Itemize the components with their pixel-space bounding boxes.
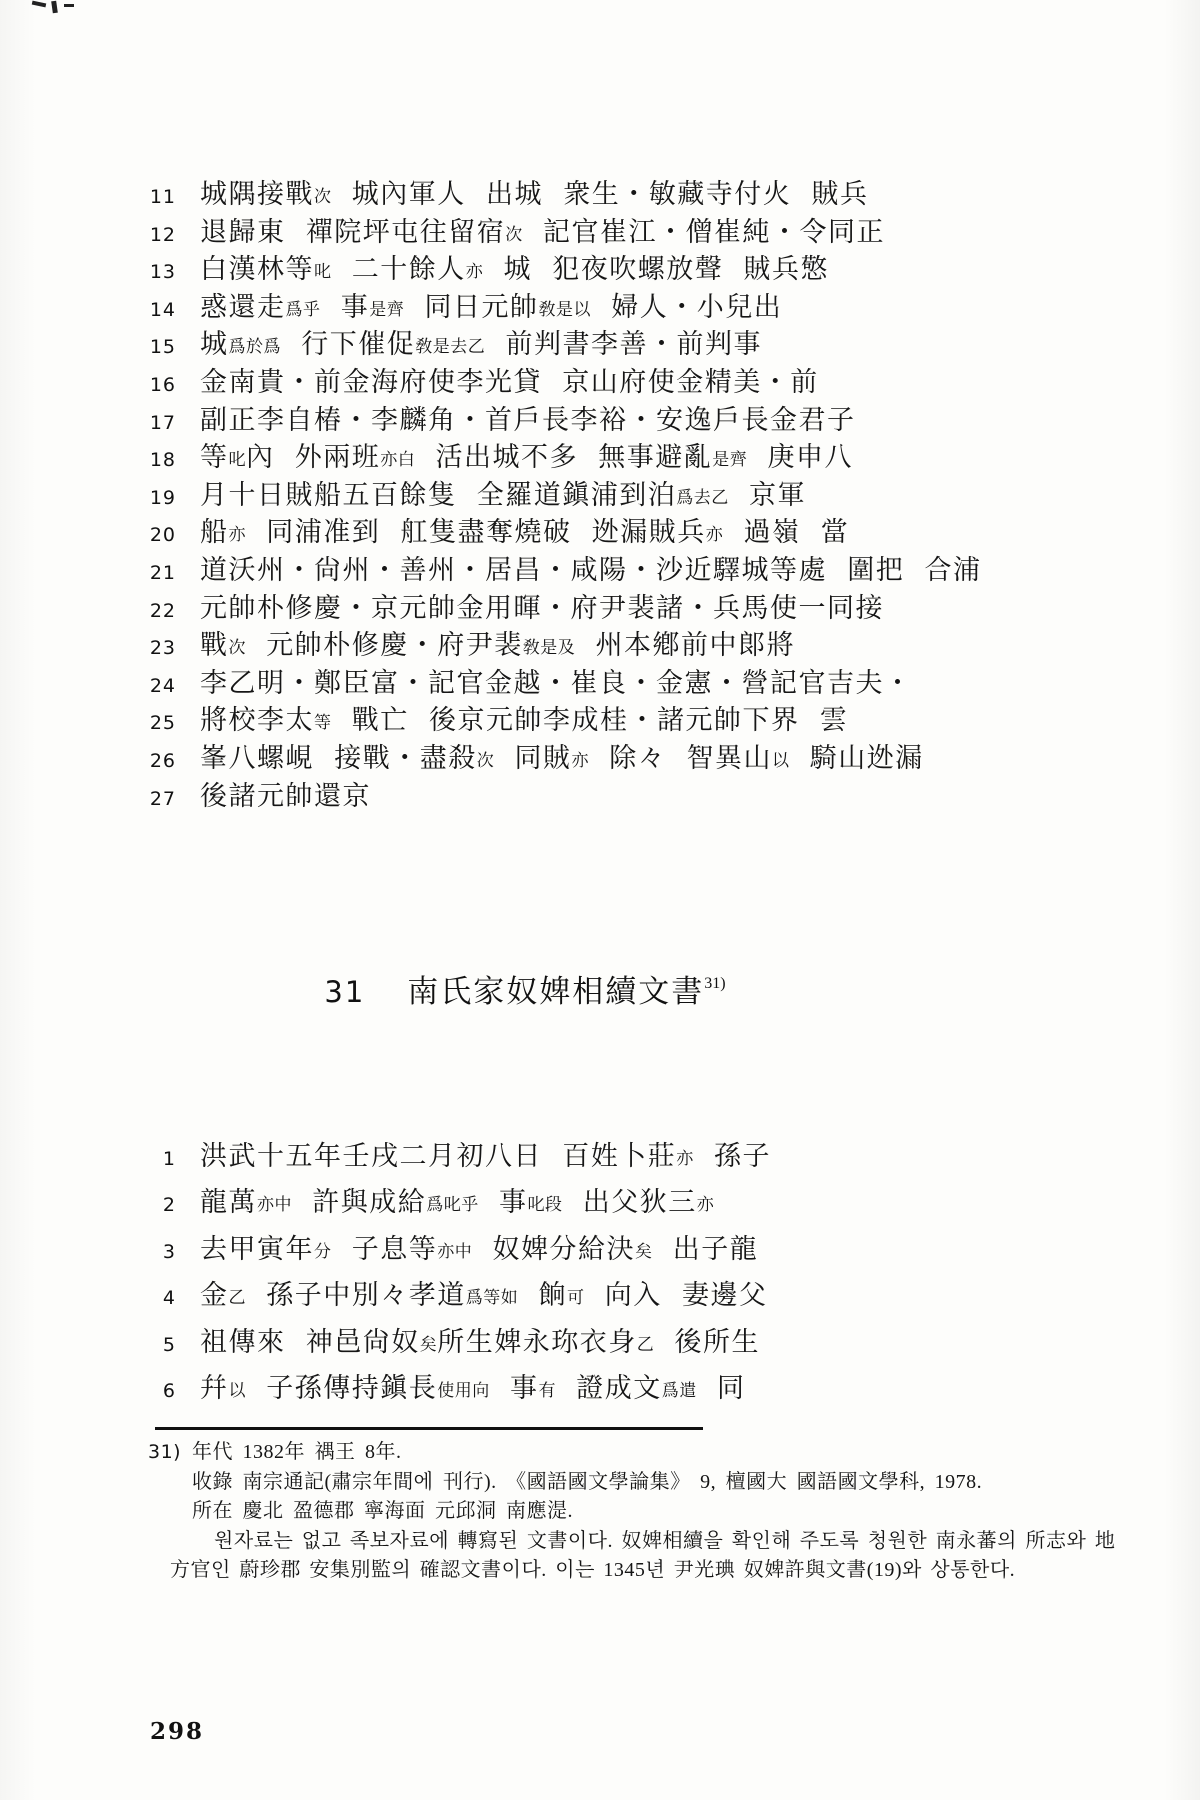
- line-text: 船亦 同浦准到 舡隻盡奪燒破 迯漏賊兵亦 過嶺 當: [200, 510, 849, 549]
- line-text: 峯八螺峴 接戰・盡殺次 同賊亦 除々 智異山以 騎山迯漏: [200, 736, 924, 775]
- footnote-line-source: 收錄 南宗通記(肅宗年間에 刊行). 《國語國文學論集》 9, 檀國大 國語國文…: [192, 1468, 1130, 1498]
- document-section-30-lines: 11城隅接戰次 城內軍人 出城 衆生・敏藏寺付火 賊兵12退歸東 禪院坪屯往留宿…: [140, 172, 1140, 811]
- line-number: 5: [140, 1334, 176, 1356]
- line-number: 25: [140, 712, 176, 734]
- line-number: 23: [140, 637, 176, 659]
- document-line: 16金南貴・前金海府使李光貸 京山府使金精美・前: [140, 360, 1140, 398]
- document-line: 25將校李太等 戰亡 後京元帥李成桂・諸元帥下界 雲: [140, 698, 1140, 736]
- document-line: 14惑還走爲乎 事是齊 同日元帥敎是以 婦人・小兒出: [140, 285, 1140, 323]
- line-number: 11: [140, 186, 176, 208]
- line-text: 白漢林等叱 二十餘人亦 城 犯夜吹螺放聲 賊兵憼: [200, 247, 829, 286]
- document-line: 1洪武十五年壬戌二月初八日 百姓卜莊亦 孫子: [140, 1134, 1140, 1180]
- line-text: 副正李自椿・李麟角・首戶長李裕・安逸戶長金君子: [200, 398, 856, 437]
- footnote-line-location: 所在 慶北 盈德郡 寧海面 元邱洞 南應湜.: [192, 1497, 1130, 1527]
- line-number: 20: [140, 524, 176, 546]
- line-text: 李乙明・鄭臣富・記官金越・崔良・金憲・營記官吉夫・: [200, 661, 913, 700]
- line-number: 26: [140, 750, 176, 772]
- document-line: 27後諸元帥還京: [140, 774, 1140, 812]
- line-text: 幷以 子孫傳持鎭長使用向 事有 證成文爲遣 同: [200, 1366, 746, 1405]
- line-number: 16: [140, 374, 176, 396]
- line-number: 21: [140, 562, 176, 584]
- document-line: 11城隅接戰次 城內軍人 出城 衆生・敏藏寺付火 賊兵: [140, 172, 1140, 210]
- line-text: 等叱內 外兩班亦白 活出城不多 無事避亂是齊 庚申八: [200, 435, 853, 474]
- line-text: 退歸東 禪院坪屯往留宿次 記官崔江・僧崔純・令同正: [200, 210, 885, 249]
- document-line: 3去甲寅年分 子息等亦中 奴婢分給決矣 出子龍: [140, 1227, 1140, 1273]
- document-line: 13白漢林等叱 二十餘人亦 城 犯夜吹螺放聲 賊兵憼: [140, 247, 1140, 285]
- document-number: 31: [324, 975, 365, 1009]
- footnote-block: 31) 年代 1382年 禑王 8年. 收錄 南宗通記(肅宗年間에 刊行). 《…: [148, 1438, 1130, 1586]
- line-text: 金乙 孫子中別々孝道爲等如 餉可 向入 妻邊父: [200, 1273, 768, 1312]
- document-line: 20船亦 同浦准到 舡隻盡奪燒破 迯漏賊兵亦 過嶺 當: [140, 510, 1140, 548]
- line-number: 14: [140, 299, 176, 321]
- line-text: 洪武十五年壬戌二月初八日 百姓卜莊亦 孫子: [200, 1134, 771, 1173]
- line-number: 19: [140, 487, 176, 509]
- document-line: 26峯八螺峴 接戰・盡殺次 同賊亦 除々 智異山以 騎山迯漏: [140, 736, 1140, 774]
- line-text: 道沃州・尙州・善州・居昌・咸陽・沙近驛城等處 圍把 合浦: [200, 548, 982, 587]
- document-line: 15城爲於爲 行下催促敎是去乙 前判書李善・前判事: [140, 322, 1140, 360]
- footnote-separator-rule: [155, 1427, 703, 1430]
- line-number: 6: [140, 1380, 176, 1402]
- line-text: 龍萬亦中 許與成給爲叱乎 事叱段 出父狄三亦: [200, 1180, 714, 1219]
- line-text: 月十日賊船五百餘隻 全羅道鎭浦到泊爲去乙 京軍: [200, 473, 806, 512]
- footnote-commentary: 원자료는 없고 족보자료에 轉寫된 文書이다. 奴婢相續을 확인해 주도록 청원…: [170, 1527, 1130, 1586]
- line-number: 2: [140, 1194, 176, 1216]
- footnote-reference: 31): [704, 975, 725, 992]
- line-text: 惑還走爲乎 事是齊 同日元帥敎是以 婦人・小兒出: [200, 285, 782, 324]
- line-number: 12: [140, 224, 176, 246]
- document-line: 19月十日賊船五百餘隻 全羅道鎭浦到泊爲去乙 京軍: [140, 473, 1140, 511]
- scanned-book-page: 11城隅接戰次 城內軍人 出城 衆生・敏藏寺付火 賊兵12退歸東 禪院坪屯往留宿…: [0, 0, 1200, 1800]
- line-number: 1: [140, 1148, 176, 1170]
- document-line: 24李乙明・鄭臣富・記官金越・崔良・金憲・營記官吉夫・: [140, 661, 1140, 699]
- line-number: 4: [140, 1287, 176, 1309]
- line-text: 元帥朴修慶・京元帥金用暉・府尹裴諸・兵馬使一同接: [200, 586, 884, 625]
- line-number: 18: [140, 449, 176, 471]
- line-number: 13: [140, 261, 176, 283]
- line-number: 24: [140, 675, 176, 697]
- line-number: 17: [140, 412, 176, 434]
- line-text: 將校李太等 戰亡 後京元帥李成桂・諸元帥下界 雲: [200, 698, 848, 737]
- document-line: 22元帥朴修慶・京元帥金用暉・府尹裴諸・兵馬使一同接: [140, 586, 1140, 624]
- document-line: 2龍萬亦中 許與成給爲叱乎 事叱段 出父狄三亦: [140, 1180, 1140, 1226]
- line-text: 城隅接戰次 城內軍人 出城 衆生・敏藏寺付火 賊兵: [200, 172, 869, 211]
- document-line: 23戰次 元帥朴修慶・府尹裴敎是及 州本鄕前中郞將: [140, 623, 1140, 661]
- document-heading: 31南氏家奴婢相續文書31): [0, 966, 1200, 1011]
- document-line: 5祖傳來 神邑尙奴矣所生婢永珎衣身乙 後所生: [140, 1320, 1140, 1366]
- document-section-31-lines: 1洪武十五年壬戌二月初八日 百姓卜莊亦 孫子2龍萬亦中 許與成給爲叱乎 事叱段 …: [140, 1134, 1140, 1412]
- line-text: 城爲於爲 行下催促敎是去乙 前判書李善・前判事: [200, 322, 762, 361]
- document-line: 17副正李自椿・李麟角・首戶長李裕・安逸戶長金君子: [140, 398, 1140, 436]
- line-text: 後諸元帥還京: [200, 774, 371, 813]
- line-text: 去甲寅年分 子息等亦中 奴婢分給決矣 出子龍: [200, 1227, 758, 1266]
- line-text: 金南貴・前金海府使李光貸 京山府使金精美・前: [200, 360, 819, 399]
- line-number: 15: [140, 336, 176, 358]
- line-number: 3: [140, 1241, 176, 1263]
- document-line: 18等叱內 外兩班亦白 活出城不多 無事避亂是齊 庚申八: [140, 435, 1140, 473]
- document-title: 南氏家奴婢相續文書: [407, 974, 704, 1009]
- footnote-line-era: 年代 1382年 禑王 8年.: [192, 1438, 1130, 1468]
- line-text: 戰次 元帥朴修慶・府尹裴敎是及 州本鄕前中郞將: [200, 623, 795, 662]
- document-line: 6幷以 子孫傳持鎭長使用向 事有 證成文爲遣 同: [140, 1366, 1140, 1412]
- document-line: 21道沃州・尙州・善州・居昌・咸陽・沙近驛城等處 圍把 合浦: [140, 548, 1140, 586]
- line-text: 祖傳來 神邑尙奴矣所生婢永珎衣身乙 後所生: [200, 1320, 760, 1359]
- document-line: 12退歸東 禪院坪屯往留宿次 記官崔江・僧崔純・令同正: [140, 210, 1140, 248]
- scan-noise-artifact: [30, 0, 76, 16]
- page-number: 298: [150, 1718, 204, 1745]
- line-number: 27: [140, 788, 176, 810]
- document-line: 4金乙 孫子中別々孝道爲等如 餉可 向入 妻邊父: [140, 1273, 1140, 1319]
- line-number: 22: [140, 600, 176, 622]
